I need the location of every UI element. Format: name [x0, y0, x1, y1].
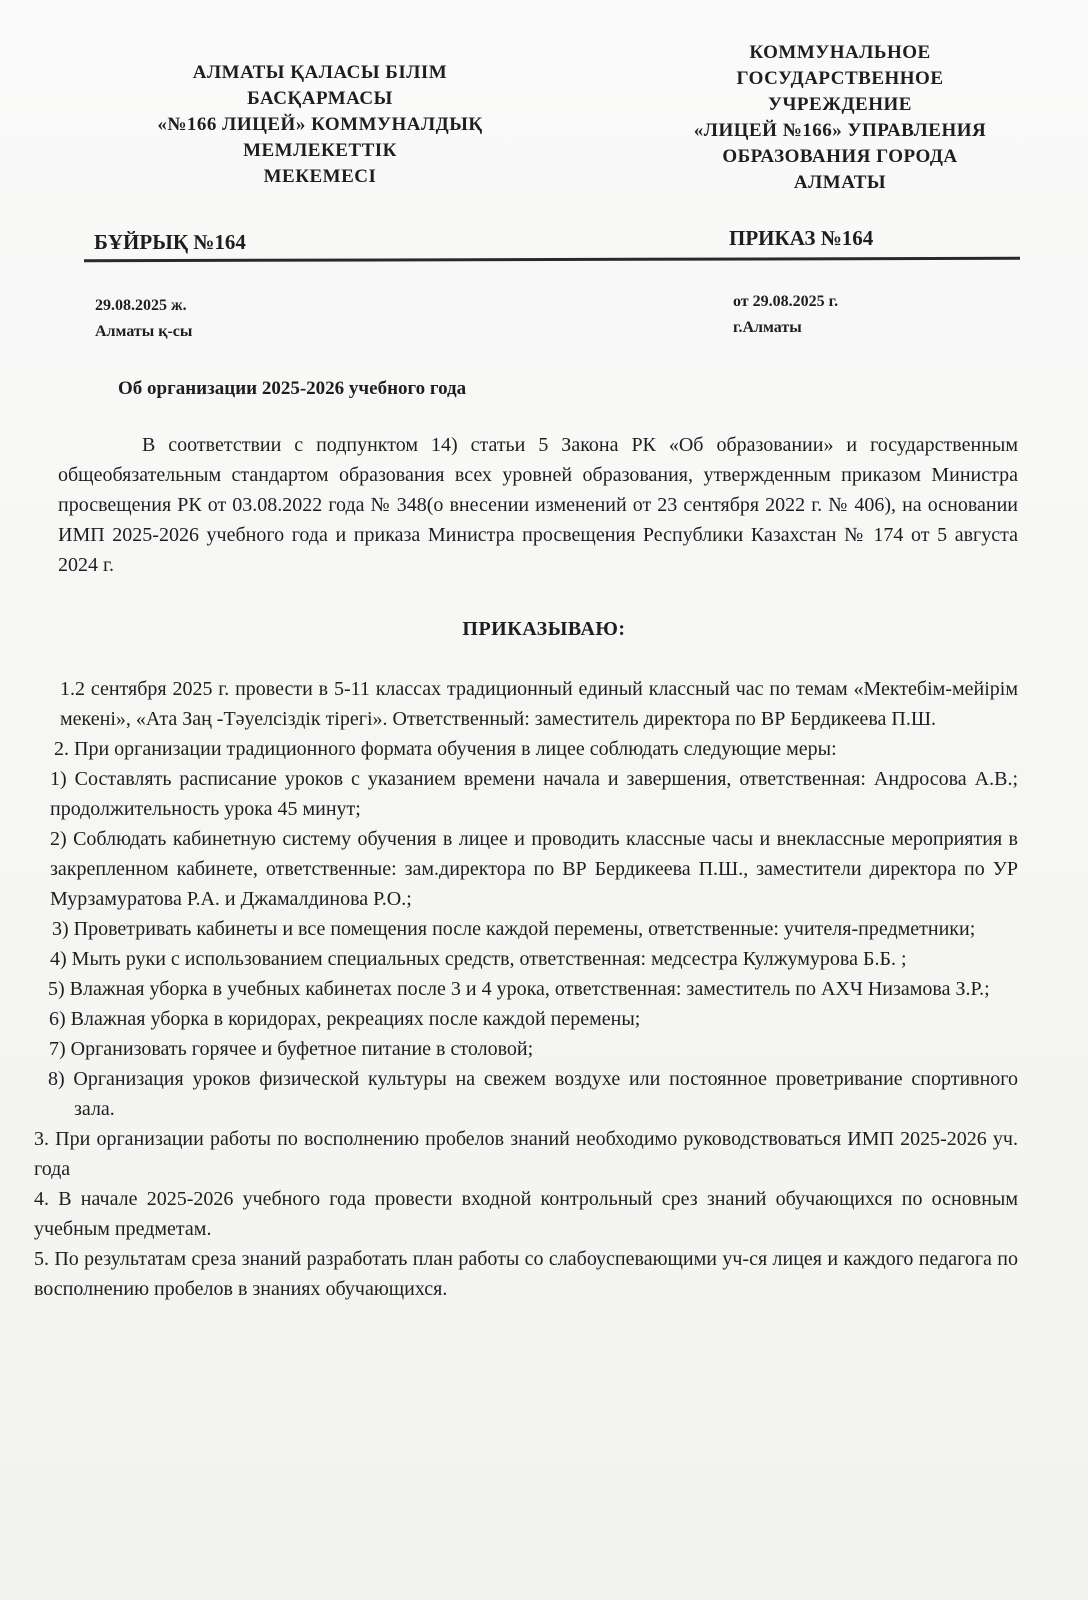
order-title-kz: БҰЙРЫҚ №164: [94, 230, 246, 255]
order-item-4: 4. В начале 2025-2026 учебного года пров…: [34, 1184, 1018, 1244]
header-ru-line: КОММУНАЛЬНОЕ: [665, 40, 1015, 66]
sub-item-3: 3) Проветривать кабинеты и все помещения…: [44, 914, 1018, 944]
order-city-kz: Алматы қ-сы: [95, 319, 192, 345]
header-kz-line: МЕМЛЕКЕТТІК: [120, 138, 520, 164]
order-date-ru: от 29.08.2025 г.: [733, 289, 838, 315]
document-page: АЛМАТЫ ҚАЛАСЫ БІЛІМ БАСҚАРМАСЫ «№166 ЛИЦ…: [0, 0, 1088, 1600]
order-item-3: 3. При организации работы по восполнению…: [34, 1124, 1018, 1184]
header-ru-line: ОБРАЗОВАНИЯ ГОРОДА: [665, 144, 1015, 170]
preamble-paragraph: В соответствии с подпунктом 14) статьи 5…: [58, 430, 1018, 580]
order-title-ru: ПРИКАЗ №164: [729, 226, 873, 251]
date-block-ru: от 29.08.2025 г. г.Алматы: [733, 289, 838, 341]
header-kz-line: АЛМАТЫ ҚАЛАСЫ БІЛІМ: [120, 60, 520, 86]
header-kz-line: «№166 ЛИЦЕЙ» КОММУНАЛДЫҚ: [120, 112, 520, 138]
order-items: 1.2 сентября 2025 г. провести в 5-11 кла…: [44, 674, 1018, 1304]
header-ru-line: УЧРЕЖДЕНИЕ: [665, 92, 1015, 118]
header-kazakh: АЛМАТЫ ҚАЛАСЫ БІЛІМ БАСҚАРМАСЫ «№166 ЛИЦ…: [120, 60, 520, 190]
sub-item-8: 8) Организация уроков физической культур…: [44, 1064, 1018, 1124]
header-ru-line: «ЛИЦЕЙ №166» УПРАВЛЕНИЯ: [665, 118, 1015, 144]
sub-item-2: 2) Соблюдать кабинетную систему обучения…: [44, 824, 1018, 914]
header-kz-line: МЕКЕМЕСІ: [120, 164, 520, 190]
sub-item-1: 1) Составлять расписание уроков с указан…: [44, 764, 1018, 824]
sub-item-7: 7) Организовать горячее и буфетное питан…: [44, 1034, 1018, 1064]
header-divider: [84, 257, 1020, 262]
date-block-kz: 29.08.2025 ж. Алматы қ-сы: [95, 293, 192, 345]
header-kz-line: БАСҚАРМАСЫ: [120, 86, 520, 112]
order-item-1: 1.2 сентября 2025 г. провести в 5-11 кла…: [44, 674, 1018, 734]
sub-item-4: 4) Мыть руки с использованием специальны…: [44, 944, 1018, 974]
header-ru-line: АЛМАТЫ: [665, 170, 1015, 196]
order-date-kz: 29.08.2025 ж.: [95, 293, 192, 319]
order-subject: Об организации 2025-2026 учебного года: [118, 378, 466, 400]
header-ru-line: ГОСУДАРСТВЕННОЕ: [665, 66, 1015, 92]
decree-heading: ПРИКАЗЫВАЮ:: [0, 618, 1088, 641]
order-city-ru: г.Алматы: [733, 315, 838, 341]
header-russian: КОММУНАЛЬНОЕ ГОСУДАРСТВЕННОЕ УЧРЕЖДЕНИЕ …: [665, 40, 1015, 196]
sub-item-5: 5) Влажная уборка в учебных кабинетах по…: [44, 974, 1018, 1004]
order-item-5: 5. По результатам среза знаний разработа…: [34, 1244, 1018, 1304]
order-item-2: 2. При организации традиционного формата…: [44, 734, 1018, 764]
sub-item-6: 6) Влажная уборка в коридорах, рекреация…: [44, 1004, 1018, 1034]
